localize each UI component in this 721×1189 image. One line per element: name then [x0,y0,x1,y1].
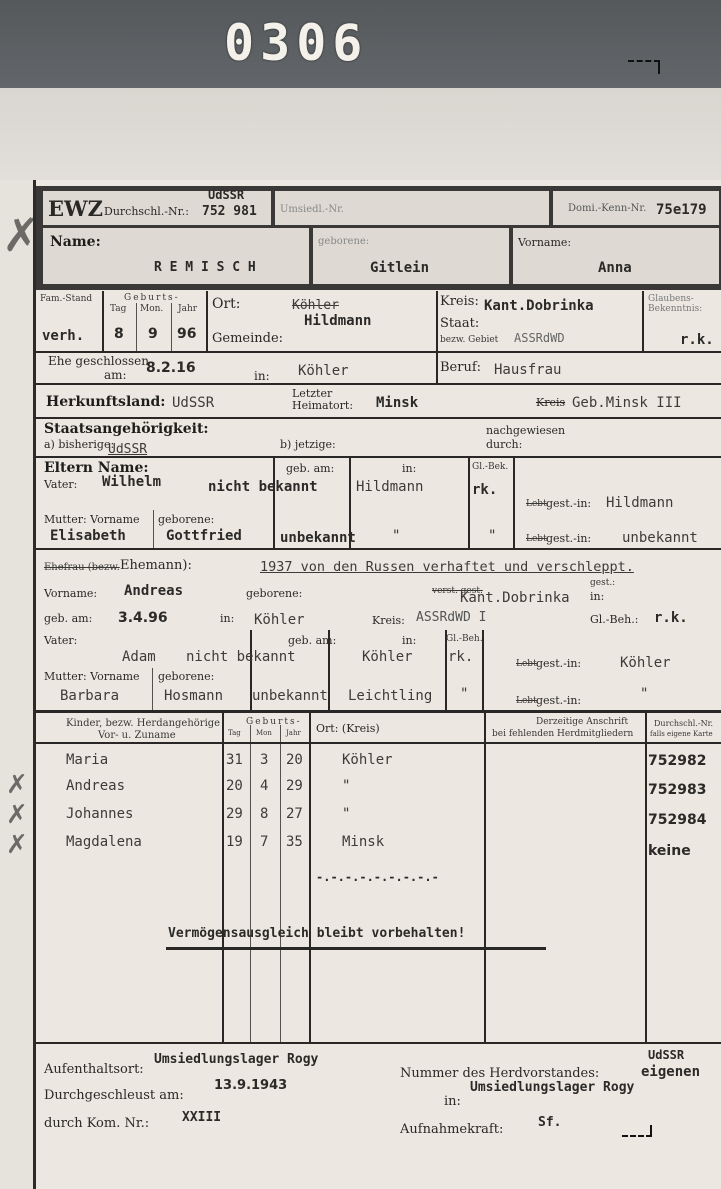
divider [36,710,721,713]
spouse-glbek-value: r.k. [654,610,688,626]
pencil-check-mark: ✗ [6,770,28,800]
aufnahme-label: Aufnahmekraft: [400,1122,503,1137]
nummer-value: eigenen [641,1064,700,1080]
ehefrau-struck: Ehefrau (bezw. [44,562,120,573]
spouse-vater-in-label: in: [402,634,416,647]
vater-in-label: in: [402,462,416,475]
spouse-geborene-label: geborene: [246,587,302,600]
footer-in-label: in: [444,1094,461,1109]
child-nr: 752982 [648,753,706,769]
vater-value: Wilhelm [102,474,161,490]
spouse-vater-glbek-value: rk. [448,649,473,665]
aufenthalt-label: Aufenthaltsort: [44,1062,144,1077]
spouse-mutter-gebam-value: unbekannt [252,688,328,704]
child-month: 8 [260,806,268,822]
card-top-margin [0,88,721,180]
mutter-gest-label: gest.-in: [546,532,591,545]
mutter-in-value: " [392,528,400,544]
child-name: Andreas [66,778,125,794]
spouse-kreis-label: Kreis: [372,614,405,627]
divider [102,291,104,351]
spouse-glbek-label: Gl.-Beh.: [590,613,638,626]
pencil-check-mark: ✗ [6,800,28,830]
umsiedl-label: Umsiedl.-Nr. [280,204,344,215]
ort-label: Ort: [212,296,241,312]
vater-gebam-value: nicht bekannt [208,479,318,495]
birth-day: 8 [114,326,124,342]
ehe-date: 8.2.16 [146,360,196,376]
col-name-header: Kinder, bezw. Herdangehörige [66,718,220,729]
spouse-mutter-glbek-value: " [460,686,468,702]
durchgeschleust-label: Durchgeschleust am: [44,1088,184,1103]
herkunft-label: Herkunftsland: [46,394,165,410]
ehe-label: Ehe geschlossen [48,354,149,368]
geborene-label: geborene: [318,236,369,247]
divider [436,291,438,351]
gebiet-value: ASSRdWD [514,331,565,345]
child-day: 31 [226,752,243,768]
spouse-vater-gebam-value: nicht bekannt [186,649,296,665]
divider [171,303,172,351]
table-row: Magdalena 19 7 35 Minsk keine [36,834,721,862]
col-nr-header: Durchschl.-Nr. [654,719,713,728]
mutter-gebam-value: unbekannt [280,530,356,546]
ewz-label: EWZ [48,196,103,221]
divider [36,548,721,550]
spouse-mutter-geborene-label: geborene: [158,670,214,683]
divider [153,510,154,548]
child-nr: keine [648,843,691,859]
durch-label: durch: [486,438,522,451]
herkunft-value: UdSSR [172,395,214,411]
gemeinde-label: Gemeinde: [212,331,283,346]
spouse-mutter-in-value: Leichtling [348,688,432,704]
spouse-gest-in-label: in: [590,590,604,603]
divider [273,456,275,548]
spouse-mutter-lebt-struck: Lebt [516,696,537,706]
col-anschrift-header: Derzeitige Anschrift [536,717,628,727]
divider [468,456,470,548]
geburts-label: Geburts- [124,293,180,303]
vater-label: Vater: [44,478,77,491]
glauben-label: Glaubens- [648,294,694,304]
spouse-in-value: Köhler [254,612,305,628]
spouse-vorname-label: Vorname: [44,587,97,600]
divider [36,456,721,458]
surname-value: R E M I S C H [154,260,256,275]
spouse-vorname-value: Andreas [124,583,183,599]
col-tag-header: Tag [228,729,241,737]
ort-value: Hildmann [304,313,371,329]
col-nr-header-sub: falls eigene Karte [650,730,713,738]
ehemann-label: Ehemann): [120,558,192,573]
kreis-value: Kant.Dobrinka [484,298,594,314]
col-geburts-header: Geburts- [246,717,302,727]
divider [36,383,721,385]
spouse-mutter-gest-value: " [640,686,648,702]
col-name-header-sub: Vor- u. Zuname [98,730,176,741]
vater-gest-label: gest.-in: [546,497,591,510]
birth-year: 96 [177,326,196,342]
ehe-in-value: Köhler [298,363,349,379]
divider [152,668,153,710]
mon-label: Mon. [140,304,163,314]
jahr-label: Jahr [178,304,197,314]
vater-gest-value: Hildmann [606,495,673,511]
citizenship-title: Staatsangehörigkeit: [44,421,209,437]
domi-value: 75e179 [656,202,707,218]
corner-crop-mark [622,1125,652,1137]
spouse-gebam-value: 3.4.96 [118,610,168,626]
spouse-note: 1937 von den Russen verhaftet und versch… [260,559,634,575]
famstand-value: verh. [42,328,84,344]
vater-glbek-value: rk. [472,482,497,498]
table-row: Johannes 29 8 27 " 752984 [36,806,721,834]
durchgeschleust-value: 13.9.1943 [214,1078,287,1093]
child-year: 20 [286,752,303,768]
durchschl-origin: UdSSR [208,188,244,202]
table-row: Andreas 20 4 29 " 752983 [36,778,721,806]
kom-value: XXIII [182,1110,221,1125]
famstand-label: Fam.-Stand [40,294,92,304]
mutter-geborene-value: Gottfried [166,528,242,544]
child-year: 27 [286,806,303,822]
vermoegen-note: Vermögensausgleich bleibt vorbehalten! [168,926,465,941]
birth-month: 9 [148,326,158,342]
child-ort: Köhler [342,752,393,768]
nummer-origin: UdSSR [648,1048,684,1062]
vater-glbek-label: Gl.-Bek. [472,462,508,472]
divider [642,291,644,351]
spouse-vater-gest-label: gest.-in: [536,657,581,670]
child-month: 4 [260,778,268,794]
ewz-registration-card: EWZ Durchschl.-Nr.: UdSSR 752 981 Umsied… [33,180,721,1189]
mutter-value: Elisabeth [50,528,126,544]
vater-gebam-label: geb. am: [286,462,334,475]
col-mon-header: Mon [256,729,272,737]
bekenntnis-label: Bekenntnis: [648,304,702,314]
divider [436,351,438,383]
spouse-vater-in-value: Köhler [362,649,413,665]
mutter-lebt-struck: Lebt [526,534,547,544]
spouse-gebam-label: geb. am: [44,612,92,625]
ehe-am-label: am: [104,368,127,382]
spouse-in-label: in: [220,612,234,625]
glauben-value: r.k. [680,332,714,348]
spouse-verst-value: Kant.Dobrinka [460,590,570,606]
child-ort: " [342,806,350,822]
col-anschrift-header-sub: bei fehlenden Herdmitgliedern [492,729,633,739]
aufnahme-value: Sf. [538,1115,561,1130]
vater-in-value: Hildmann [356,479,423,495]
geborene-value: Gitlein [370,260,429,276]
durchschl-value: 752 981 [202,204,257,219]
name-label: Name: [50,234,101,250]
kreis-label: Kreis: [440,294,479,309]
spouse-vater-gest-value: Köhler [620,655,671,671]
spouse-vater-label: Vater: [44,634,77,647]
mutter-geborene-label: geborene: [158,513,214,526]
mutter-gest-value: unbekannt [622,530,698,546]
note-underline [166,947,546,950]
spouse-vater-gebam-label: geb. am: [288,634,336,647]
child-year: 35 [286,834,303,850]
child-nr: 752984 [648,812,706,828]
col-jahr-header: Jahr [286,729,301,737]
divider [136,303,137,351]
child-name: Johannes [66,806,133,822]
child-month: 7 [260,834,268,850]
row-separator: -.-.-.-.-.-.-.-.- [316,870,439,884]
divider [513,456,515,548]
ort-struck-value: Köhler [292,298,339,313]
spouse-vater-glbek-label: Gl.-Beh. [446,634,483,644]
mutter-glbek-value: " [488,528,496,544]
frame-number: 0306 [224,14,368,72]
pencil-check-mark: ✗ [6,830,28,860]
domi-label: Domi.-Kenn-Nr. [568,203,646,214]
divider [36,742,721,744]
child-ort: Minsk [342,834,384,850]
spouse-gest-label: gest.: [590,578,615,588]
child-nr: 752983 [648,782,706,798]
vorname-label: Vorname: [518,236,571,249]
child-day: 29 [226,806,243,822]
tag-label: Tag [110,304,126,314]
vorname-value: Anna [598,260,632,276]
child-name: Maria [66,752,108,768]
divider [36,417,721,419]
child-ort: " [342,778,350,794]
child-year: 29 [286,778,303,794]
child-name: Magdalena [66,834,142,850]
spouse-vater-value: Adam [122,649,156,665]
spouse-kreis-value: ASSRdWD I [416,610,486,625]
spouse-vater-lebt-struck: Lebt [516,659,537,669]
beruf-value: Hausfrau [494,362,561,378]
divider [206,291,208,351]
nummer-label: Nummer des Herdvorstandes: [400,1066,599,1081]
bisherige-label: a) bisherige: [44,438,114,451]
col-ort-header: Ort: (Kreis) [316,722,380,735]
bisherige-value: UdSSR [108,442,147,457]
spouse-mutter-geborene-value: Hosmann [164,688,223,704]
spouse-mutter-label: Mutter: Vorname [44,670,140,683]
heimatort-label: Heimatort: [292,399,353,412]
kom-label: durch Kom. Nr.: [44,1116,149,1131]
beruf-label: Beruf: [440,360,481,375]
child-day: 20 [226,778,243,794]
footer-in-value: Umsiedlungslager Rogy [470,1080,634,1095]
divider [36,1042,721,1044]
ehe-in-label: in: [254,369,270,383]
microfilm-header-bar: 0306 [0,0,721,88]
kreis-struck-label: Kreis [536,396,565,409]
vater-lebt-struck: Lebt [526,499,547,509]
heimatort-value: Minsk [376,395,418,411]
divider [36,351,721,353]
jetzige-label: b) jetzige: [280,438,336,451]
kreis-origin-value: Geb.Minsk III [572,395,682,411]
table-row: Maria 31 3 20 Köhler 752982 [36,752,721,780]
spouse-mutter-value: Barbara [60,688,119,704]
staat-label: Staat: [440,316,479,331]
durchschl-label: Durchschl.-Nr.: [104,205,189,218]
mutter-label: Mutter: Vorname [44,513,140,526]
corner-crop-mark [628,60,660,74]
child-month: 3 [260,752,268,768]
child-day: 19 [226,834,243,850]
aufenthalt-value: Umsiedlungslager Rogy [154,1052,318,1067]
gebiet-label: bezw. Gebiet [440,335,498,345]
nachgewiesen-label: nachgewiesen [486,424,565,437]
spouse-mutter-gest-label: gest.-in: [536,694,581,707]
